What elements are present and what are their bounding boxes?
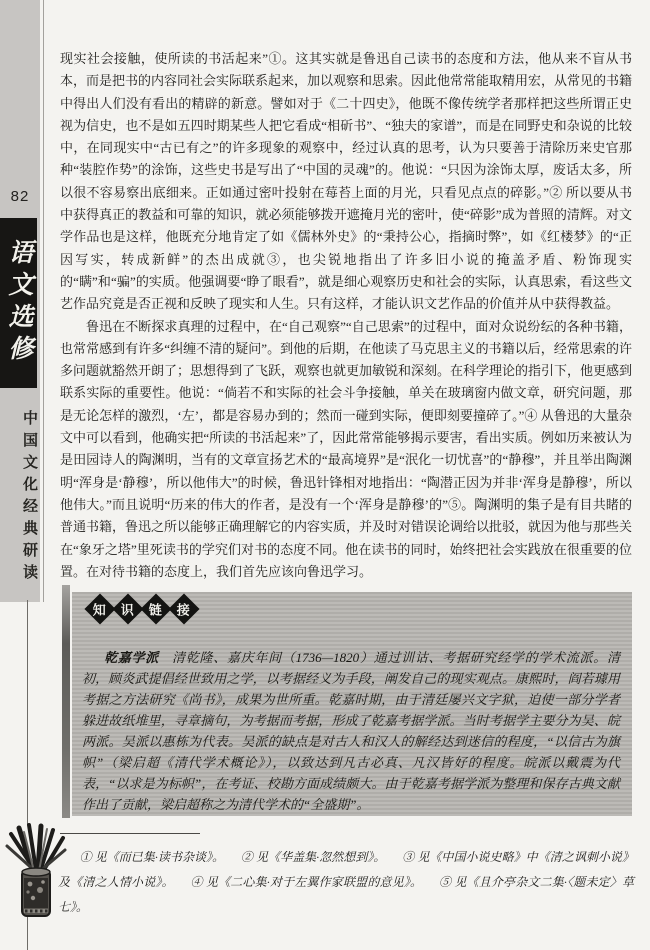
body-paragraph: 现实社会接触，使所读的书活起来”①。这其实就是鲁迅自己读书的态度和方法，他从来不… bbox=[60, 48, 632, 316]
knowledge-box: 乾嘉学派清乾隆、嘉庆年间（1736—1820）通过训诂、考据研究经学的学术流派。… bbox=[72, 592, 632, 816]
footnote: ② 见《华盖集·忽然想到》。 bbox=[241, 850, 386, 864]
textbook-page: 82 语文选修 中国文化经典研读 bbox=[0, 0, 650, 950]
knowledge-box-text: 乾嘉学派清乾隆、嘉庆年间（1736—1820）通过训诂、考据研究经学的学术流派。… bbox=[82, 647, 620, 815]
subseries-title: 中国文化经典研读 bbox=[0, 400, 40, 595]
body-text: 现实社会接触，使所读的书活起来”①。这其实就是鲁迅自己读书的态度和方法，他从来不… bbox=[60, 48, 632, 583]
knowledge-box-term: 乾嘉学派 bbox=[104, 650, 159, 665]
footnote: ④ 见《二心集·对于左翼作家联盟的意见》。 bbox=[191, 875, 423, 889]
diamond-char-icon: 识 bbox=[114, 595, 142, 623]
diamond-char-icon: 接 bbox=[170, 595, 198, 623]
footnote-divider bbox=[60, 833, 200, 834]
page-number: 82 bbox=[0, 188, 40, 205]
series-title: 语文选修 bbox=[0, 239, 37, 367]
knowledge-box-accent-bar bbox=[62, 585, 70, 818]
footnotes: ① 见《而已集·读书杂谈》。② 见《华盖集·忽然想到》。③ 见《中国小说史略》中… bbox=[58, 845, 634, 920]
diamond-char-icon: 知 bbox=[86, 595, 114, 623]
margin-rule bbox=[27, 600, 28, 825]
series-title-box: 语文选修 bbox=[0, 218, 37, 388]
body-paragraph: 鲁迅在不断探求真理的过程中，在“自己观察”“自己思索”的过程中，面对众说纷纭的各… bbox=[60, 316, 632, 584]
knowledge-link-header: 知 识 链 接 bbox=[90, 599, 194, 619]
sidebar-divider-line bbox=[43, 0, 44, 602]
diamond-char-icon: 链 bbox=[142, 595, 170, 623]
footnote: ① 见《而已集·读书杂谈》。 bbox=[80, 850, 225, 864]
